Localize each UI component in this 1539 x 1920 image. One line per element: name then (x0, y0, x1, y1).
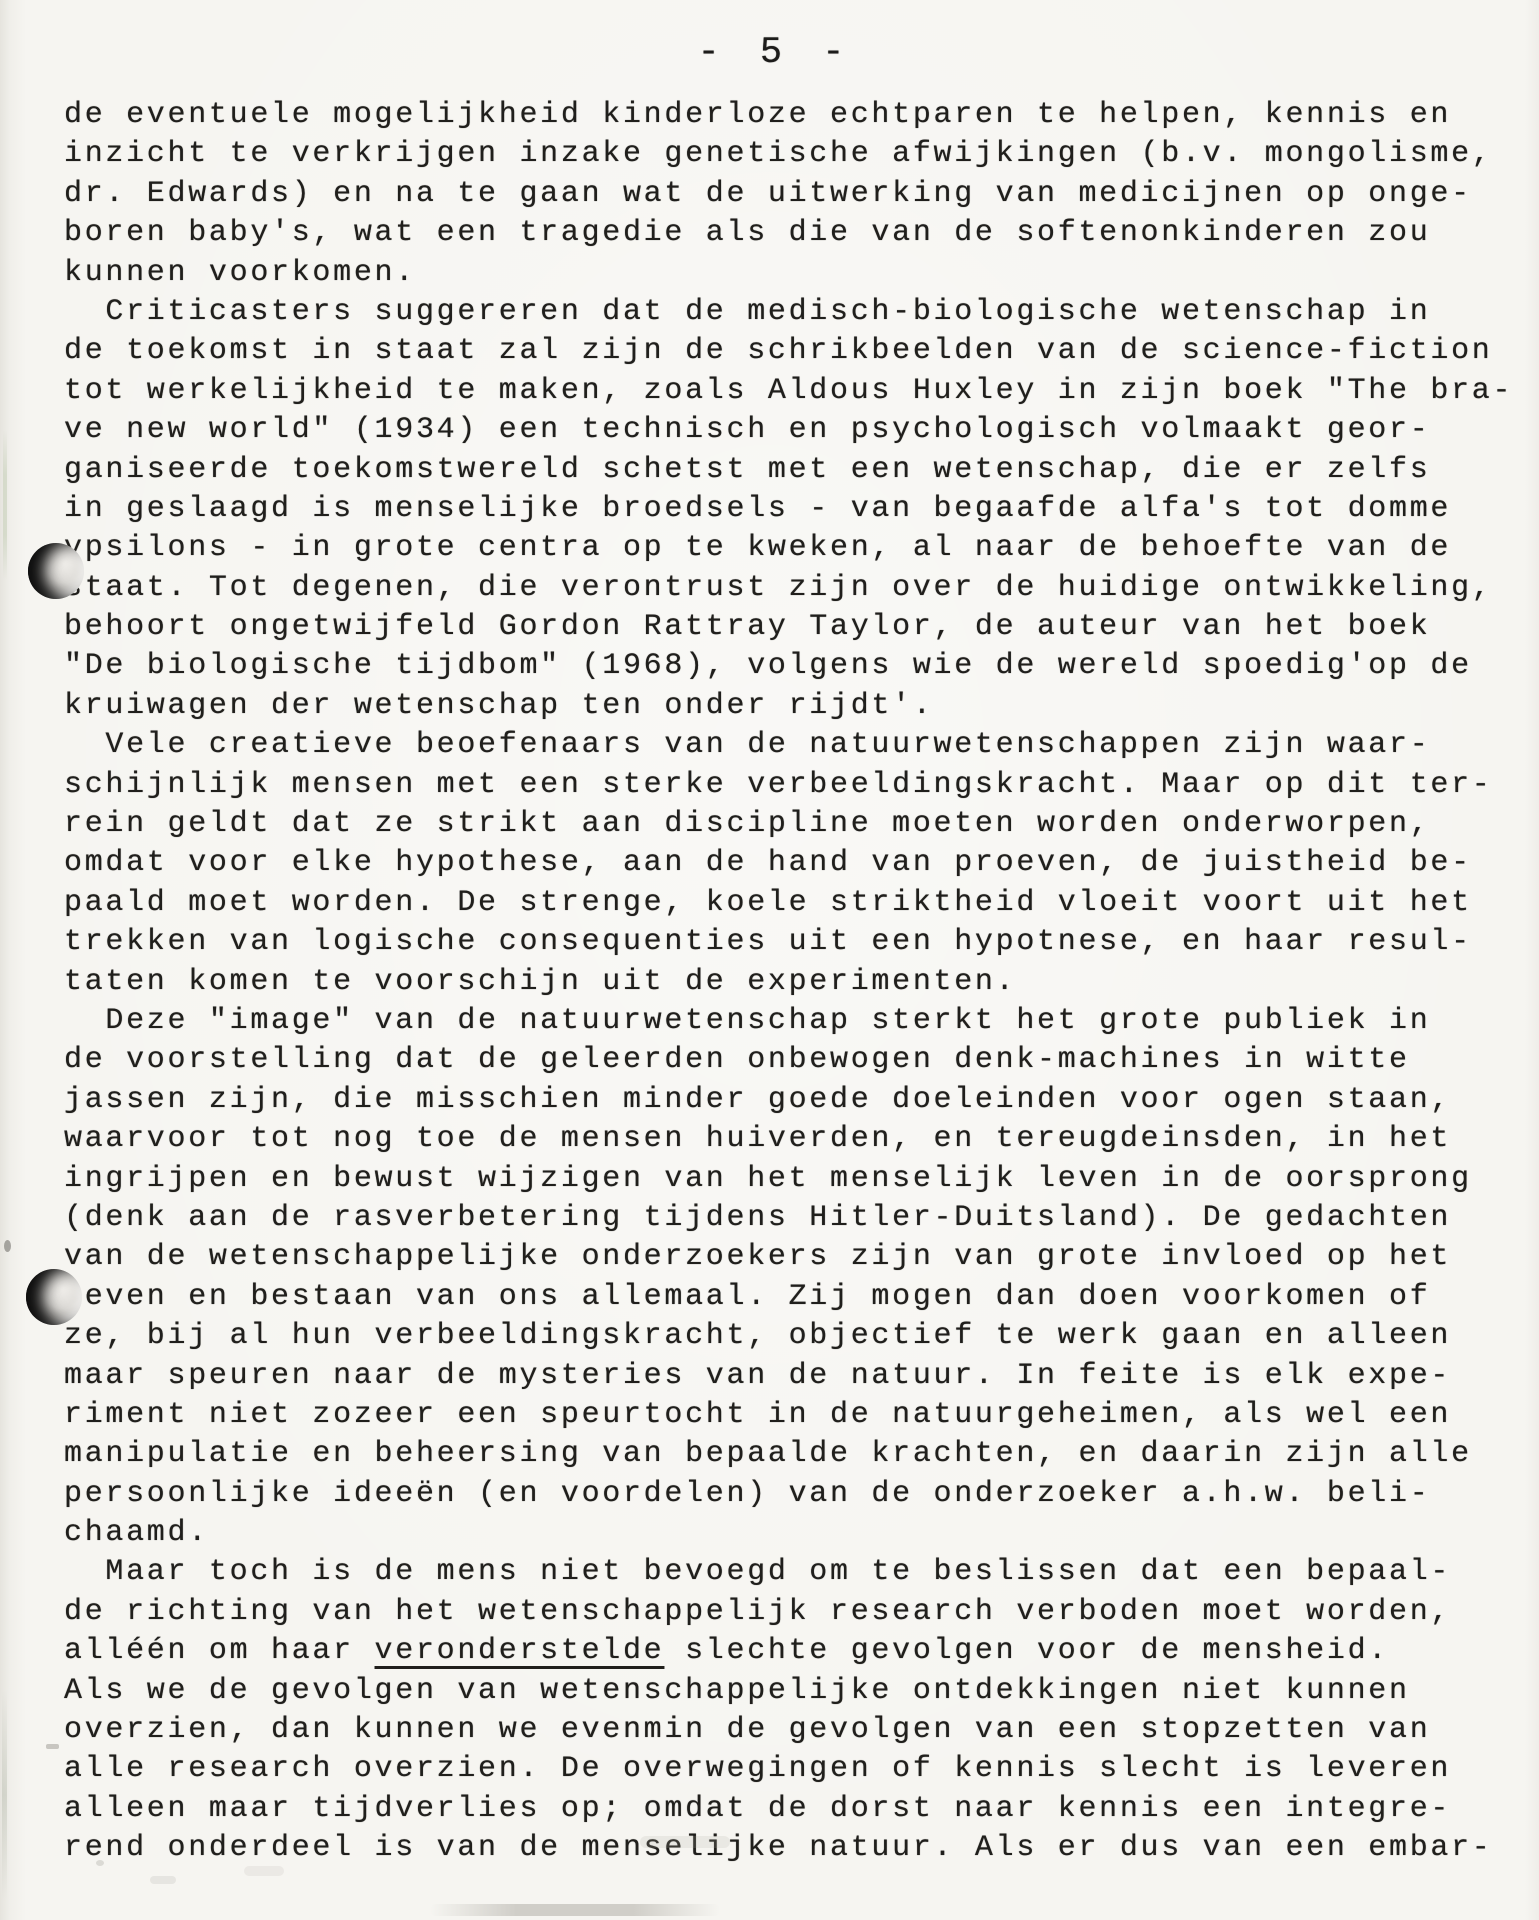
text-segment: slechte gevolgen voor de mensheid. (664, 1634, 1389, 1668)
text-line: ze, bij al hun verbeeldingskracht, objec… (64, 1317, 1513, 1356)
text-line: de eventuele mogelijkheid kinderloze ech… (64, 96, 1513, 135)
text-line: ve new world" (1934) een technisch en ps… (64, 411, 1513, 450)
page-number: - 5 - (0, 32, 1539, 74)
document-page: - 5 - de eventuele mogelijkheid kinderlo… (0, 0, 1539, 1920)
text-line: Maar toch is de mens niet bevoegd om te … (64, 1553, 1513, 1592)
text-line: ganiseerde toekomstwereld schetst met ee… (64, 451, 1513, 490)
text-line: Criticasters suggereren dat de medisch-b… (64, 293, 1513, 332)
text-line: van de wetenschappelijke onderzoekers zi… (64, 1238, 1513, 1277)
paper-speck (4, 1240, 11, 1252)
text-line: persoonlijke ideeën (en voordelen) van d… (64, 1475, 1513, 1514)
text-line: ypsilons - in grote centra op te kweken,… (64, 529, 1513, 568)
text-line: omdat voor elke hypothese, aan de hand v… (64, 844, 1513, 883)
text-line: in geslaagd is menselijke broedsels - va… (64, 490, 1513, 529)
text-line: alleen maar tijdverlies op; omdat de dor… (64, 1790, 1513, 1829)
text-line: manipulatie en beheersing van bepaalde k… (64, 1435, 1513, 1474)
text-line: Vele creatieve beoefenaars van de natuur… (64, 726, 1513, 765)
text-line: jassen zijn, die misschien minder goede … (64, 1081, 1513, 1120)
text-line: paald moet worden. De strenge, koele str… (64, 884, 1513, 923)
text-line: rein geldt dat ze strikt aan discipline … (64, 805, 1513, 844)
text-line: dr. Edwards) en na te gaan wat de uitwer… (64, 175, 1513, 214)
text-segment: alléén om haar (64, 1634, 375, 1668)
scan-edge-mark (2, 1690, 7, 1900)
text-line: kunnen voorkomen. (64, 254, 1513, 293)
text-line: alléén om haar veronderstelde slechte ge… (64, 1632, 1513, 1671)
text-line: overzien, dan kunnen we evenmin de gevol… (64, 1711, 1513, 1750)
text-line: Deze "image" van de natuurwetenschap ste… (64, 1002, 1513, 1041)
document-body: de eventuele mogelijkheid kinderloze ech… (64, 96, 1513, 1869)
underlined-word: veronderstelde (375, 1634, 665, 1668)
text-line: ingrijpen en bewust wijzigen van het men… (64, 1160, 1513, 1199)
text-line: kruiwagen der wetenschap ten onder rijdt… (64, 687, 1513, 726)
text-line: behoort ongetwijfeld Gordon Rattray Tayl… (64, 608, 1513, 647)
text-line: inzicht te verkrijgen inzake genetische … (64, 135, 1513, 174)
text-line: maar speuren naar de mysteries van de na… (64, 1357, 1513, 1396)
text-line: chaamd. (64, 1514, 1513, 1553)
text-line: leven en bestaan van ons allemaal. Zij m… (64, 1278, 1513, 1317)
text-line: (denk aan de rasverbetering tijdens Hitl… (64, 1199, 1513, 1238)
scan-streak (430, 1904, 720, 1916)
text-line: riment niet zozeer een speurtocht in de … (64, 1396, 1513, 1435)
text-line: rend onderdeel is van de menselijke natu… (64, 1829, 1513, 1868)
text-line: staat. Tot degenen, die verontrust zijn … (64, 569, 1513, 608)
text-line: alle research overzien. De overwegingen … (64, 1750, 1513, 1789)
text-line: de toekomst in staat zal zijn de schrikb… (64, 332, 1513, 371)
text-line: tot werkelijkheid te maken, zoals Aldous… (64, 372, 1513, 411)
text-line: Als we de gevolgen van wetenschappelijke… (64, 1672, 1513, 1711)
scan-edge-mark (3, 430, 7, 580)
text-line: schijnlijk mensen met een sterke verbeel… (64, 766, 1513, 805)
paper-smudge (150, 1876, 176, 1884)
paper-speck (46, 1744, 59, 1749)
text-line: taten komen te voorschijn uit de experim… (64, 963, 1513, 1002)
text-line: de voorstelling dat de geleerden onbewog… (64, 1041, 1513, 1080)
text-line: trekken van logische consequenties uit e… (64, 923, 1513, 962)
text-line: waarvoor tot nog toe de mensen huiverden… (64, 1120, 1513, 1159)
text-line: boren baby's, wat een tragedie als die v… (64, 214, 1513, 253)
text-line: "De biologische tijdbom" (1968), volgens… (64, 647, 1513, 686)
text-line: de richting van het wetenschappelijk res… (64, 1593, 1513, 1632)
